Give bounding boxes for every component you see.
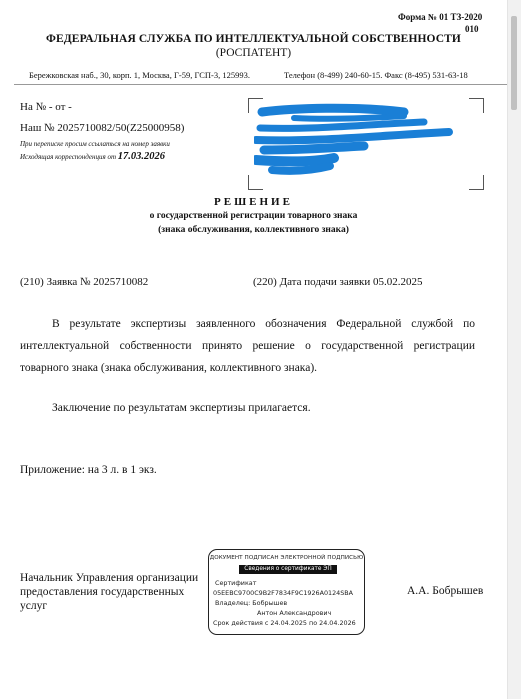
org-address: Бережковская наб., 30, корп. 1, Москва, … [29,70,250,80]
document-subtitle-line2: (знака обслуживания, коллективного знака… [0,225,507,235]
corner-mark [469,98,484,113]
document-title: РЕШЕНИЕ [0,196,507,208]
document-subtitle-line1: о государственной регистрации товарного … [0,211,507,221]
certificate-validity: Срок действия с 24.04.2025 по 24.04.2026 [213,619,356,627]
conclusion-note: Заключение по результатам экспертизы при… [52,402,311,414]
e-signature-stamp: ДОКУМЕНТ ПОДПИСАН ЭЛЕКТРОННОЙ ПОДПИСЬЮ С… [208,549,365,635]
corner-mark [469,175,484,190]
certificate-info-bar: Сведения о сертификате ЭП [239,565,337,574]
signatory-role: Начальник Управления организации предост… [20,571,210,613]
redaction-scribble [254,102,464,182]
vertical-scrollbar[interactable] [507,0,521,699]
annex-note: Приложение: на 3 л. в 1 экз. [20,464,157,476]
signatory-name: А.А. Бобрышев [407,585,483,597]
certificate-id: 05EEBC9700C9B2F7834F9C1926A0124SBA [213,589,353,597]
org-name: ФЕДЕРАЛЬНАЯ СЛУЖБА ПО ИНТЕЛЛЕКТУАЛЬНОЙ С… [0,33,507,45]
filing-date: (220) Дата подачи заявки 05.02.2025 [253,276,423,288]
e-signature-header: ДОКУМЕНТ ПОДПИСАН ЭЛЕКТРОННОЙ ПОДПИСЬЮ [209,555,364,561]
certificate-owner-name: Антон Александрович [257,609,331,617]
header-divider [14,84,507,85]
reference-yours: На № - от - [20,101,72,113]
outgoing-date: 17.03.2026 [118,151,165,162]
certificate-label: Сертификат [215,579,256,587]
decision-paragraph: В результате экспертизы заявленного обоз… [20,313,475,379]
reference-ours: Наш № 2025710082/50(Z25000958) [20,122,184,134]
outgoing-correspondence: Исходящая корреспонденция от 17.03.2026 [20,151,165,162]
org-short-name: (РОСПАТЕНТ) [0,47,507,59]
certificate-owner: Владелец: Бобрышев [215,599,287,607]
reply-hint: При переписке просим ссылаться на номер … [20,140,170,148]
outgoing-label: Исходящая корреспонденция от [20,153,116,161]
application-number: (210) Заявка № 2025710082 [20,276,148,288]
addressee-block [248,98,484,190]
scrollbar-thumb[interactable] [511,16,517,110]
form-number: Форма № 01 ТЗ-2020 [398,12,482,22]
org-phone-fax: Телефон (8-499) 240-60-15. Факс (8-495) … [284,70,468,80]
document-page: Форма № 01 ТЗ-2020 010 ФЕДЕРАЛЬНАЯ СЛУЖБ… [0,0,507,699]
